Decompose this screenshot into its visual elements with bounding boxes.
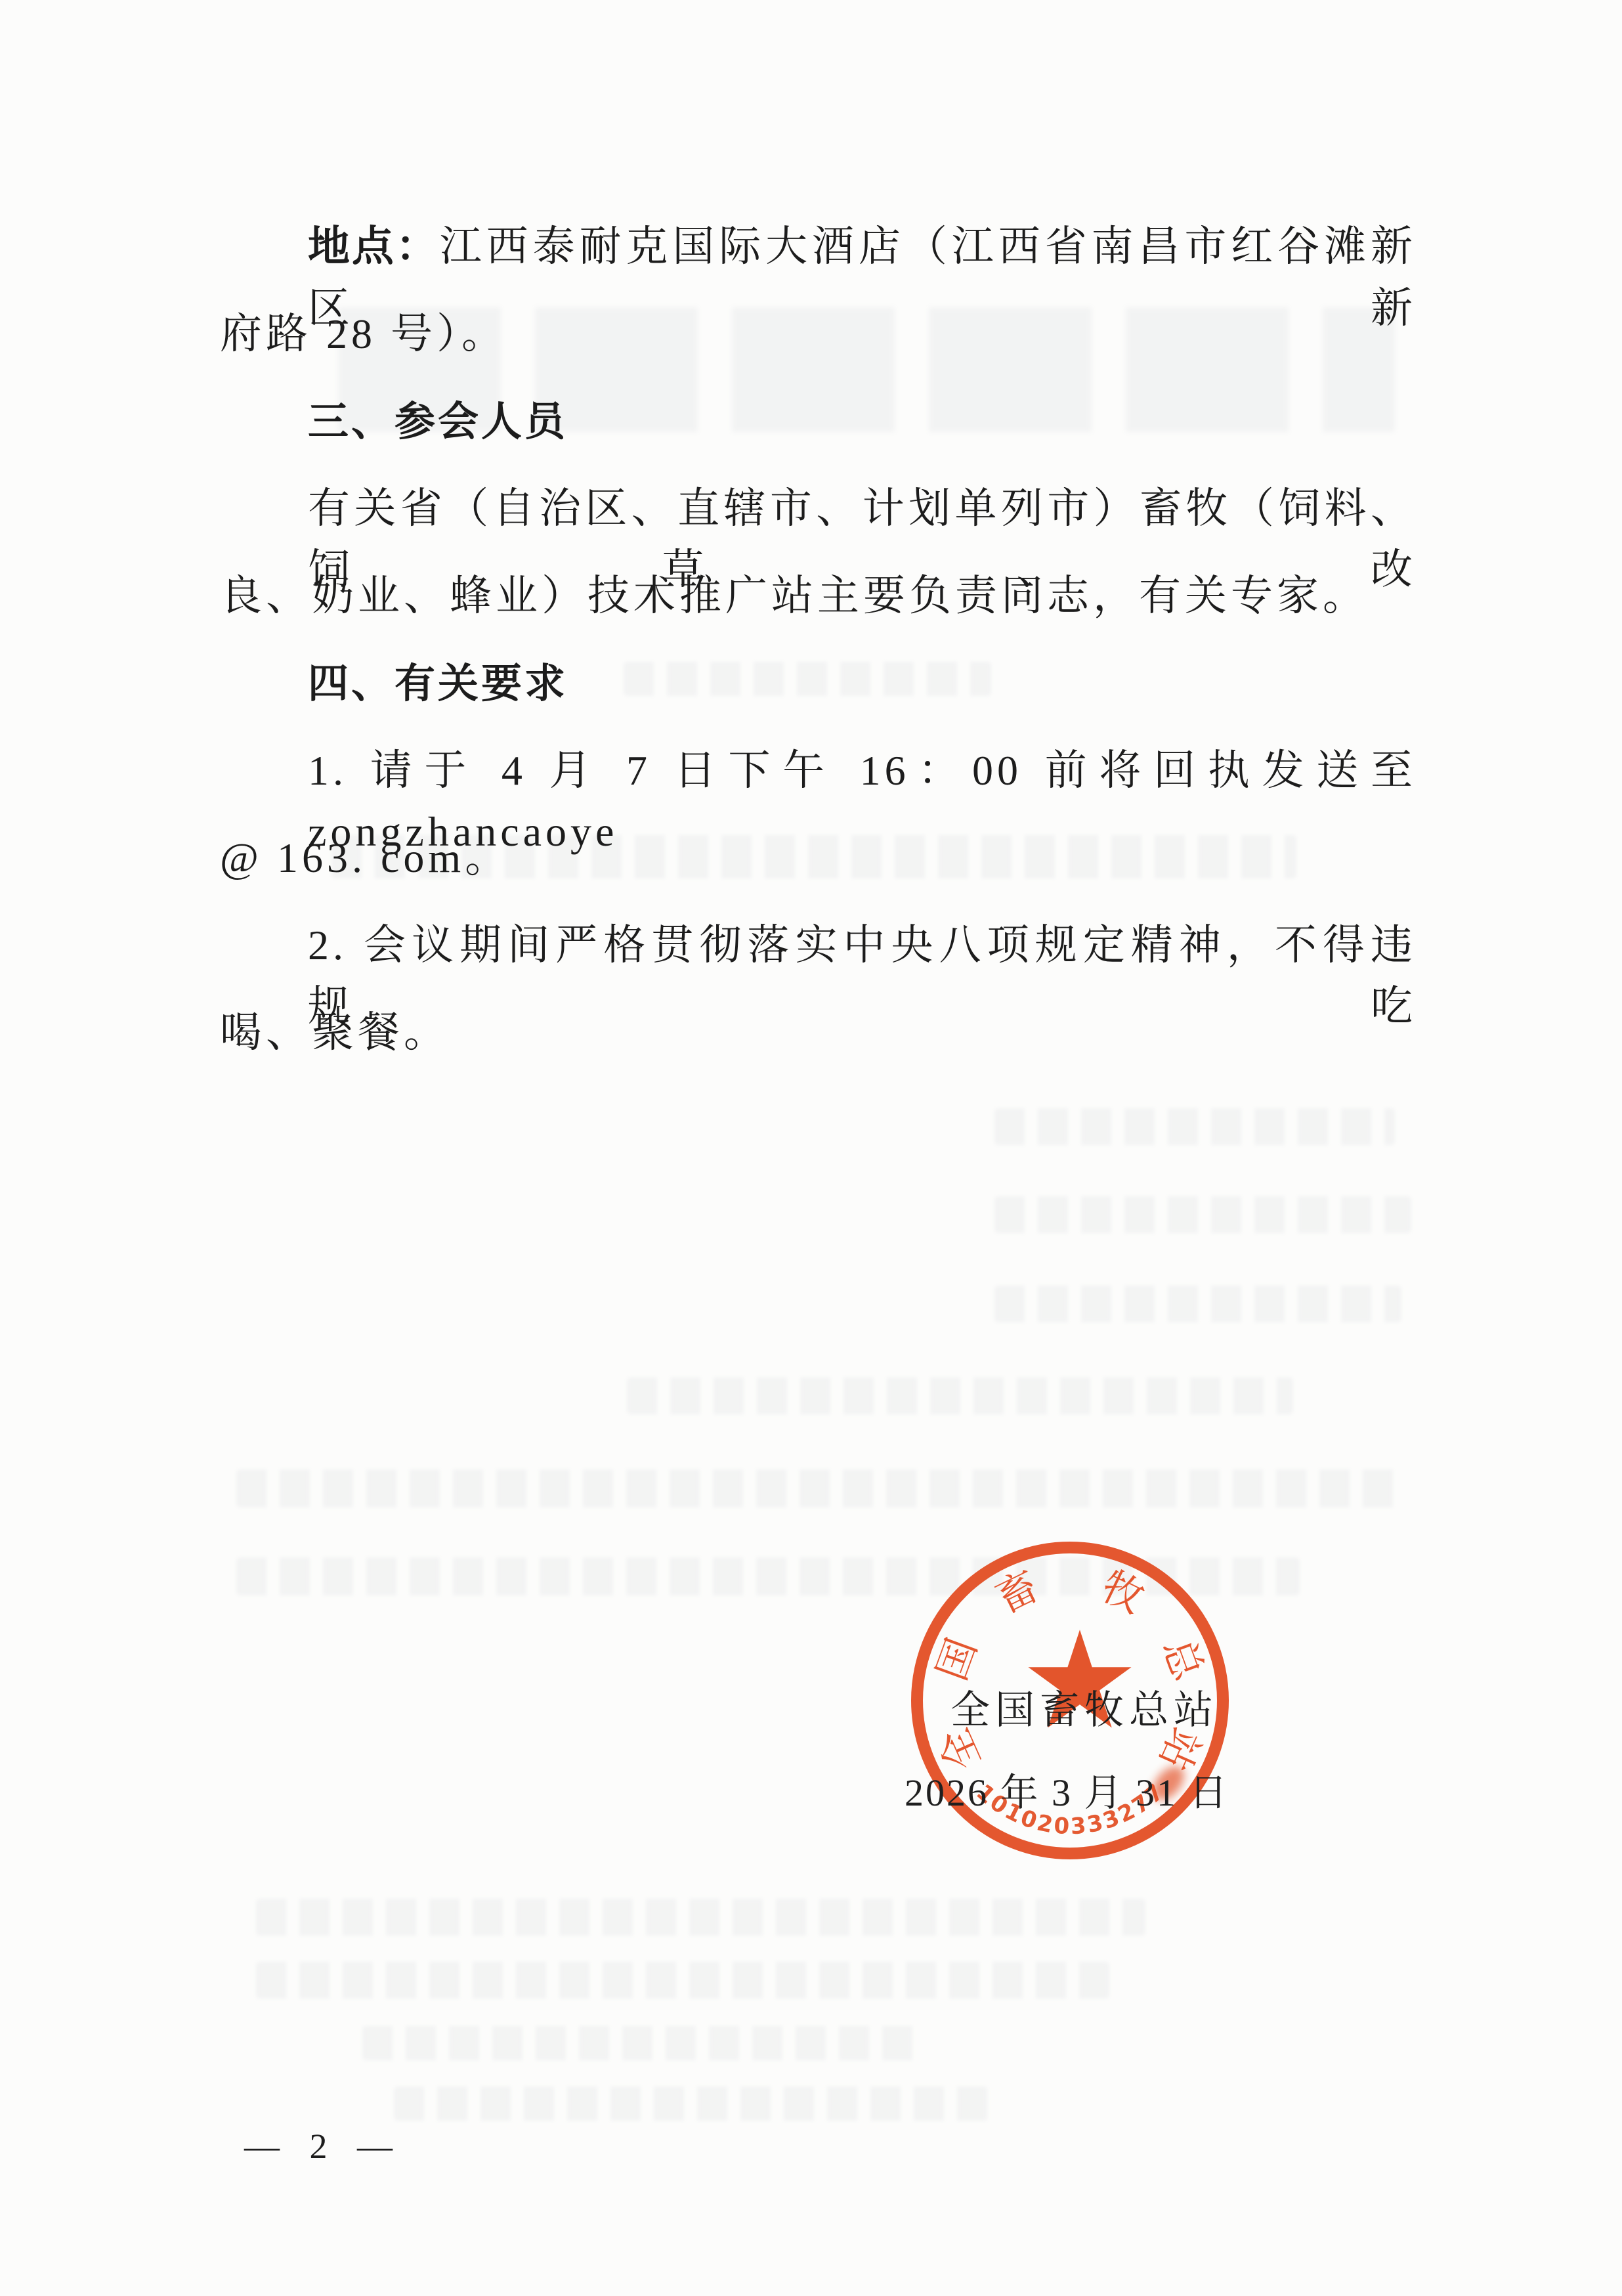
bleedthrough-ghost xyxy=(994,1286,1401,1322)
doc-line: 府路 28 号）。 xyxy=(220,303,1417,364)
issuing-org-name: 全国畜牧总站 xyxy=(950,1689,1218,1732)
bleedthrough-ghost xyxy=(994,1108,1395,1145)
section-heading-requirements: 四、有关要求 xyxy=(220,653,1417,714)
doc-line: 良、奶业、蜂业）技术推广站主要负责同志，有关专家。 xyxy=(220,565,1417,626)
doc-line-email: @ 163. com。 xyxy=(220,827,1417,888)
page-number: — 2 — xyxy=(244,2126,403,2167)
scanned-document-page: 地点：江西泰耐克国际大酒店（江西省南昌市红谷滩新区新 府路 28 号）。 三、参… xyxy=(0,0,1622,2296)
bleedthrough-ghost xyxy=(256,1899,1145,1936)
doc-line: 喝、聚餐。 xyxy=(220,1002,1417,1063)
bleedthrough-ghost xyxy=(394,2087,988,2121)
bleedthrough-ghost xyxy=(236,1469,1405,1507)
section-heading-participants: 三、参会人员 xyxy=(220,391,1417,452)
bleedthrough-ghost xyxy=(627,1377,1293,1414)
bleedthrough-ghost xyxy=(256,1962,1109,1999)
bleedthrough-ghost xyxy=(362,2026,917,2060)
issue-date: 2026 年 3 月 31 日 xyxy=(905,1771,1229,1815)
bleedthrough-ghost xyxy=(994,1196,1411,1233)
location-label: 地点： xyxy=(308,223,440,271)
